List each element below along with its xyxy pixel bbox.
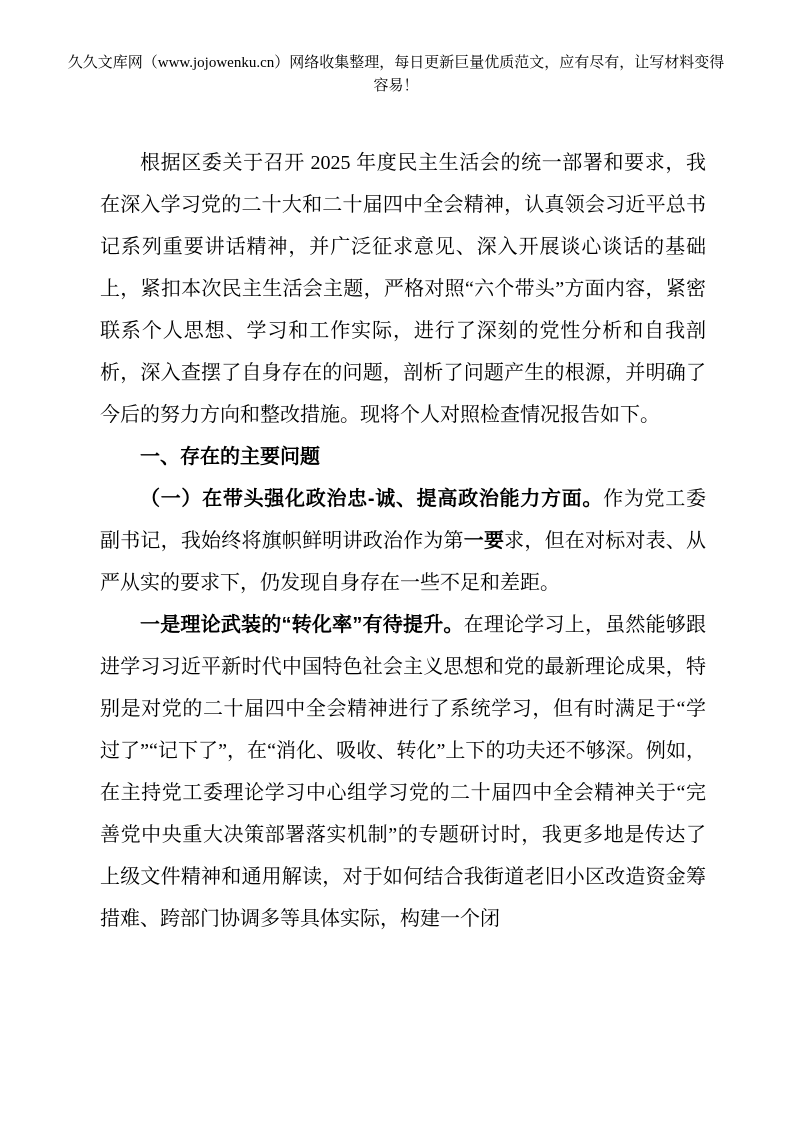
header-text: 久久文库网（www.jojowenku.cn）网络收集整理，每日更新巨量优质范文… xyxy=(68,55,725,94)
paragraph: 根据区委关于召开 2025 年度民主生活会的统一部署和要求，我在深入学习党的二十… xyxy=(100,142,706,436)
text-run: 在理论学习上，虽然能够跟进学习习近平新时代中国特色社会主义思想和党的最新理论成果… xyxy=(100,614,706,930)
bold-text-run: （一）在带头强化政治忠-诚、提高政治能力方面。 xyxy=(140,488,603,510)
bold-text-run: 一要 xyxy=(464,530,504,552)
page-header: 久久文库网（www.jojowenku.cn）网络收集整理，每日更新巨量优质范文… xyxy=(66,52,726,98)
bold-text-run: 一是理论武装的“转化率”有待提升。 xyxy=(140,614,464,636)
paragraph: 一是理论武装的“转化率”有待提升。在理论学习上，虽然能够跟进学习习近平新时代中国… xyxy=(100,604,706,940)
paragraph: （一）在带头强化政治忠-诚、提高政治能力方面。作为党工委副书记，我始终将旗帜鲜明… xyxy=(100,478,706,604)
document-body: 根据区委关于召开 2025 年度民主生活会的统一部署和要求，我在深入学习党的二十… xyxy=(100,142,706,940)
text-run: 根据区委关于召开 2025 年度民主生活会的统一部署和要求，我在深入学习党的二十… xyxy=(100,152,706,426)
section-heading: 一、存在的主要问题 xyxy=(100,436,706,478)
bold-text-run: 一、存在的主要问题 xyxy=(140,446,320,468)
document-page: 久久文库网（www.jojowenku.cn）网络收集整理，每日更新巨量优质范文… xyxy=(0,0,793,1122)
